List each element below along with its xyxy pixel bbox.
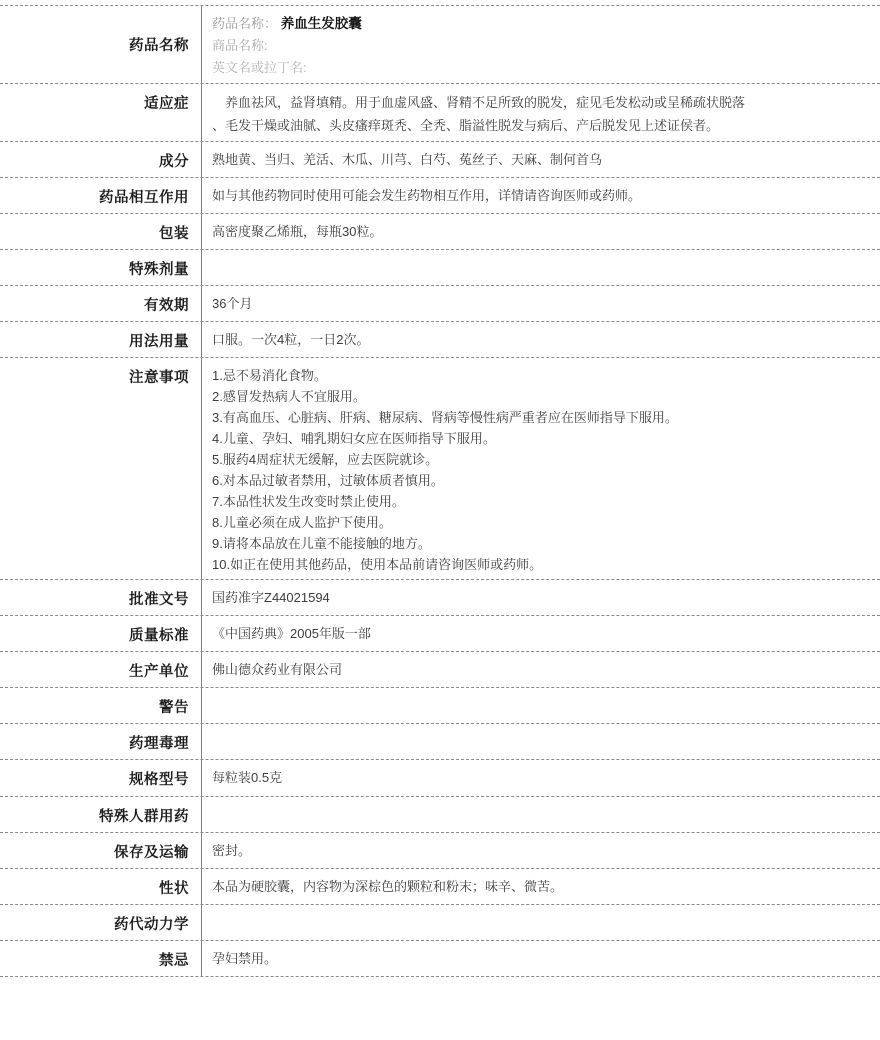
value-text-line: 6.对本品过敏者禁用，过敏体质者慎用。 xyxy=(212,470,866,491)
table-row: 包装 高密度聚乙烯瓶，每瓶30粒。 xyxy=(0,214,880,250)
value-text-line: 3.有高血压、心脏病、肝病、糖尿病、肾病等慢性病严重者应在医师指导下服用。 xyxy=(212,407,866,428)
row-label-6: 有效期 xyxy=(0,286,202,321)
row-label-9: 批准文号 xyxy=(0,580,202,615)
value-text-line: 7.本品性状发生改变时禁止使用。 xyxy=(212,491,866,512)
table-row: 成分 熟地黄、当归、羌活、木瓜、川芎、白芍、菟丝子、天麻、制何首乌 xyxy=(0,142,880,178)
table-row: 特殊人群用药 xyxy=(0,797,880,833)
drug-header-line: 商品名称: xyxy=(212,35,866,57)
table-row: 保存及运输 密封。 xyxy=(0,833,880,869)
table-row: 禁忌 孕妇禁用。 xyxy=(0,941,880,977)
row-value-12 xyxy=(202,688,880,723)
value-text-line: 10.如正在使用其他药品，使用本品前请咨询医师或药师。 xyxy=(212,554,866,575)
row-value-18 xyxy=(202,905,880,940)
row-value-13 xyxy=(202,724,880,759)
row-label-17: 性状 xyxy=(0,869,202,904)
row-label-1: 适应症 xyxy=(0,84,202,141)
value-text-line: 5.服药4周症状无缓解，应去医院就诊。 xyxy=(212,449,866,470)
trade-name-label: 商品名称: xyxy=(212,38,268,53)
value-text-line: 养血祛风，益肾填精。用于血虚风盛、肾精不足所致的脱发，症见毛发松动或呈稀疏状脱落 xyxy=(212,91,866,114)
row-value-16: 密封。 xyxy=(202,833,880,868)
table-row: 药品名称 药品名称： 养血生发胶囊商品名称:英文名或拉丁名: xyxy=(0,6,880,84)
row-value-6: 36个月 xyxy=(202,286,880,321)
row-value-11: 佛山德众药业有限公司 xyxy=(202,652,880,687)
table-row: 药代动力学 xyxy=(0,905,880,941)
table-row: 适应症 养血祛风，益肾填精。用于血虚风盛、肾精不足所致的脱发，症见毛发松动或呈稀… xyxy=(0,84,880,142)
row-value-19: 孕妇禁用。 xyxy=(202,941,880,976)
row-label-18: 药代动力学 xyxy=(0,905,202,940)
table-row: 规格型号 每粒装0.5克 xyxy=(0,760,880,797)
row-label-8: 注意事项 xyxy=(0,358,202,579)
drug-header-line: 英文名或拉丁名: xyxy=(212,57,866,79)
table-row: 有效期 36个月 xyxy=(0,286,880,322)
row-value-14: 每粒装0.5克 xyxy=(202,760,880,796)
row-label-11: 生产单位 xyxy=(0,652,202,687)
table-row: 特殊剂量 xyxy=(0,250,880,286)
latin-name-label: 英文名或拉丁名: xyxy=(212,60,307,75)
row-value-17: 本品为硬胶囊，内容物为深棕色的颗粒和粉末；味辛、微苦。 xyxy=(202,869,880,904)
value-text-line: 8.儿童必须在成人监护下使用。 xyxy=(212,512,866,533)
table-row: 生产单位 佛山德众药业有限公司 xyxy=(0,652,880,688)
row-value-10: 《中国药典》2005年版一部 xyxy=(202,616,880,651)
table-row: 警告 xyxy=(0,688,880,724)
row-value-2: 熟地黄、当归、羌活、木瓜、川芎、白芍、菟丝子、天麻、制何首乌 xyxy=(202,142,880,177)
table-row: 用法用量 口服。一次4粒，一日2次。 xyxy=(0,322,880,358)
row-label-12: 警告 xyxy=(0,688,202,723)
row-label-10: 质量标准 xyxy=(0,616,202,651)
table-row: 批准文号 国药准字Z44021594 xyxy=(0,580,880,616)
row-value-15 xyxy=(202,797,880,832)
row-value-9: 国药准字Z44021594 xyxy=(202,580,880,615)
value-text-line: 2.感冒发热病人不宜服用。 xyxy=(212,386,866,407)
drug-name-label: 药品名称： xyxy=(212,16,277,31)
drug-name-value: 养血生发胶囊 xyxy=(277,16,362,31)
row-value-0: 药品名称： 养血生发胶囊商品名称:英文名或拉丁名: xyxy=(202,6,880,83)
row-value-5 xyxy=(202,250,880,285)
row-label-0: 药品名称 xyxy=(0,6,202,83)
value-text-line: 1.忌不易消化食物。 xyxy=(212,365,866,386)
row-label-2: 成分 xyxy=(0,142,202,177)
row-label-15: 特殊人群用药 xyxy=(0,797,202,832)
row-label-14: 规格型号 xyxy=(0,760,202,796)
table-row: 性状 本品为硬胶囊，内容物为深棕色的颗粒和粉末；味辛、微苦。 xyxy=(0,869,880,905)
table-row: 药理毒理 xyxy=(0,724,880,760)
value-text-line: 9.请将本品放在儿童不能接触的地方。 xyxy=(212,533,866,554)
row-value-7: 口服。一次4粒，一日2次。 xyxy=(202,322,880,357)
row-label-5: 特殊剂量 xyxy=(0,250,202,285)
value-text-line: 4.儿童、孕妇、哺乳期妇女应在医师指导下服用。 xyxy=(212,428,866,449)
row-label-3: 药品相互作用 xyxy=(0,178,202,213)
row-value-3: 如与其他药物同时使用可能会发生药物相互作用，详情请咨询医师或药师。 xyxy=(202,178,880,213)
row-value-8: 1.忌不易消化食物。2.感冒发热病人不宜服用。3.有高血压、心脏病、肝病、糖尿病… xyxy=(202,358,880,579)
row-label-16: 保存及运输 xyxy=(0,833,202,868)
drug-info-table: 药品名称 药品名称： 养血生发胶囊商品名称:英文名或拉丁名: 适应症 养血祛风，… xyxy=(0,5,880,977)
table-row: 药品相互作用 如与其他药物同时使用可能会发生药物相互作用，详情请咨询医师或药师。 xyxy=(0,178,880,214)
row-value-4: 高密度聚乙烯瓶，每瓶30粒。 xyxy=(202,214,880,249)
row-label-4: 包装 xyxy=(0,214,202,249)
table-row: 注意事项 1.忌不易消化食物。2.感冒发热病人不宜服用。3.有高血压、心脏病、肝… xyxy=(0,358,880,580)
row-label-7: 用法用量 xyxy=(0,322,202,357)
drug-header-line: 药品名称： 养血生发胶囊 xyxy=(212,13,866,35)
row-label-19: 禁忌 xyxy=(0,941,202,976)
row-value-1: 养血祛风，益肾填精。用于血虚风盛、肾精不足所致的脱发，症见毛发松动或呈稀疏状脱落… xyxy=(202,84,880,141)
value-text-line: 、毛发干燥或油腻、头皮瘙痒斑秃、全秃、脂溢性脱发与病后、产后脱发见上述证侯者。 xyxy=(212,114,866,137)
row-label-13: 药理毒理 xyxy=(0,724,202,759)
table-row: 质量标准 《中国药典》2005年版一部 xyxy=(0,616,880,652)
